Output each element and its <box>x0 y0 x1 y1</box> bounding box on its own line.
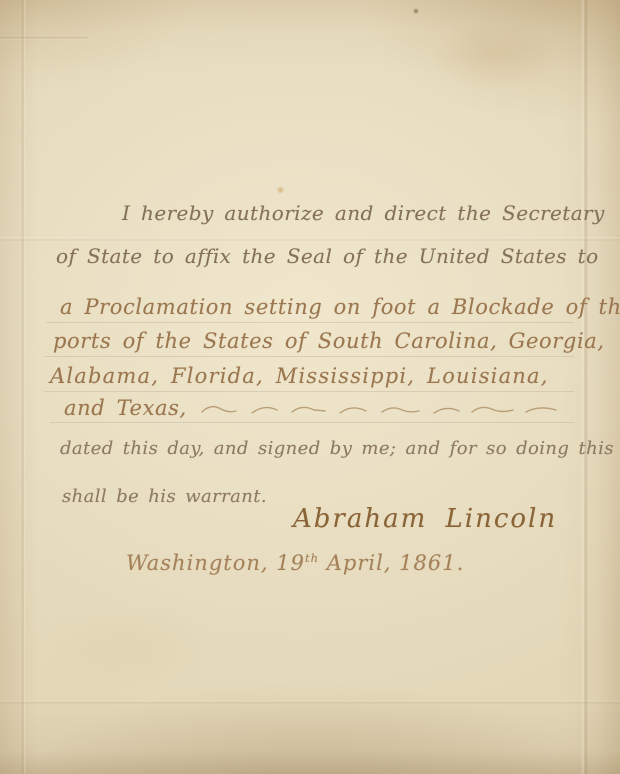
vertical-fold-left <box>21 0 26 774</box>
handwriting-line-authorize: I hereby authorize and direct the Secret… <box>122 203 605 223</box>
vertical-fold-right <box>581 0 588 774</box>
dateline-suffix: April, 1861. <box>319 551 464 575</box>
handwriting-line-ports: ports of the States of South Carolina, G… <box>53 331 605 352</box>
line-filler-flourish <box>200 401 562 419</box>
baseline-guide <box>44 391 574 392</box>
handwriting-line-texas: and Texas, <box>64 398 187 419</box>
handwriting-line-states: Alabama, Florida, Mississippi, Louisiana… <box>50 366 549 387</box>
dateline: Washington, 19th April, 1861. <box>126 553 464 574</box>
age-blotch-top-right <box>430 20 560 90</box>
lincoln-signature: Abraham Lincoln <box>293 506 557 532</box>
dateline-ordinal: th <box>305 551 319 565</box>
handwriting-line-dated: dated this day, and signed by me; and fo… <box>60 440 614 458</box>
baseline-guide <box>50 422 574 423</box>
flourish-squiggle-icon <box>200 401 562 419</box>
handwriting-line-seal: of State to affix the Seal of the United… <box>56 246 599 266</box>
handwriting-line-proclamation: a Proclamation setting on foot a Blockad… <box>60 297 620 318</box>
manuscript-page: I hereby authorize and direct the Secret… <box>0 0 620 774</box>
corner-crease-top-left <box>0 37 88 40</box>
speck-top-edge <box>413 8 419 14</box>
horizontal-crease-lower <box>0 700 620 704</box>
ink-stain-dot <box>276 186 285 194</box>
dateline-prefix: Washington, 19 <box>126 551 305 575</box>
baseline-guide <box>44 356 574 357</box>
age-blotch-bottom-left <box>40 600 220 690</box>
baseline-guide <box>46 322 574 323</box>
handwriting-line-warrant: shall be his warrant. <box>62 488 267 506</box>
horizontal-crease-upper <box>0 237 620 241</box>
